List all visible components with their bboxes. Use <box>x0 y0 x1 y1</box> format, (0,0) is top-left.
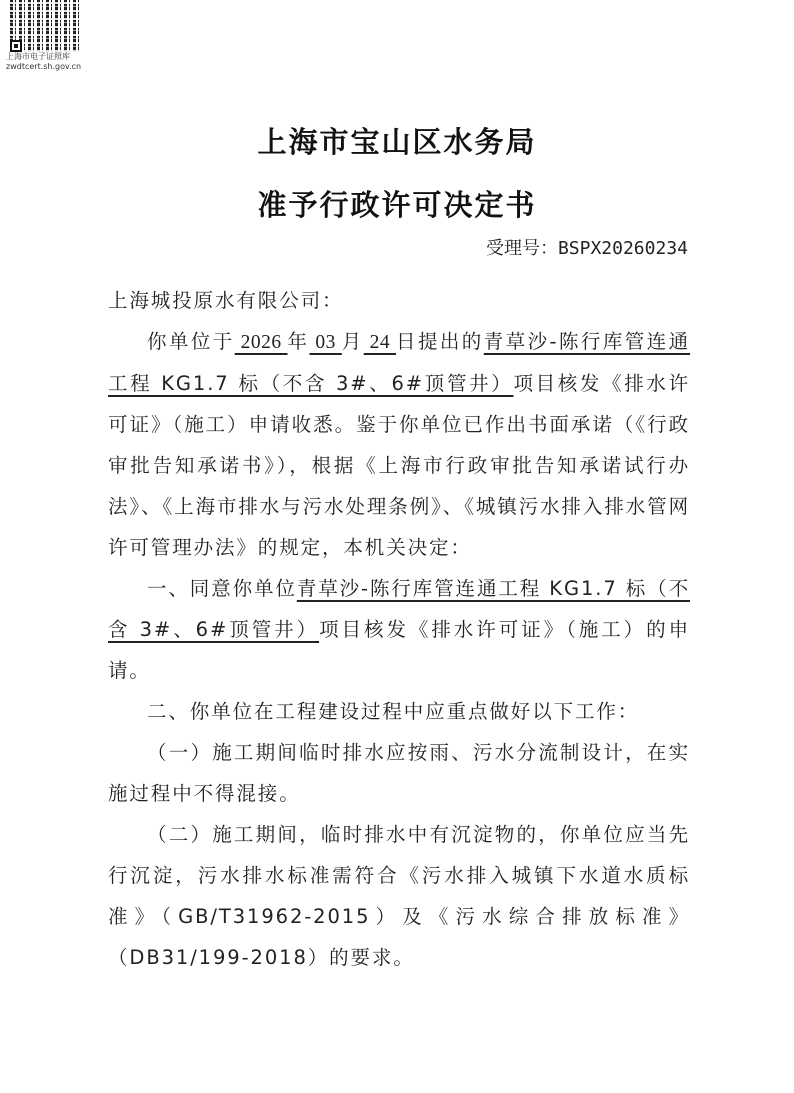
qr-caption-url: zwdtcert.sh.gov.cn <box>6 62 86 72</box>
decision-item-1: 一、同意你单位青草沙-陈行库管连通工程 KG1.7 标（不含 3#、6#顶管井）… <box>108 568 690 691</box>
reference-value: BSPX20260234 <box>558 238 688 259</box>
application-year: 2026 <box>235 332 288 353</box>
document-body: 上海城投原水有限公司： 你单位于 2026 年 03 月 24 日提出的青草沙-… <box>108 280 690 978</box>
reference-number: 受理号：BSPX20260234 <box>486 234 688 260</box>
addressee: 上海城投原水有限公司： <box>108 280 690 321</box>
year-unit: 年 <box>288 330 310 353</box>
qr-badge: 上海市电子证照库 zwdtcert.sh.gov.cn <box>6 0 86 72</box>
qr-code-icon <box>10 0 80 52</box>
requirement-1: （一）施工期间临时排水应按雨、污水分流制设计，在实施过程中不得混接。 <box>108 732 690 814</box>
month-unit: 月 <box>342 330 364 353</box>
qr-caption-title: 上海市电子证照库 <box>6 52 86 62</box>
application-day: 24 <box>364 332 396 353</box>
para1-rest: 项目核发《排水许可证》（施工）申请收悉。鉴于你单位已作出书面承诺（《行政审批告知… <box>108 372 690 559</box>
document-title: 准予行政许可决定书 <box>0 183 794 224</box>
agency-title: 上海市宝山区水务局 <box>0 120 794 161</box>
decision-item-2: 二、你单位在工程建设过程中应重点做好以下工作： <box>108 691 690 732</box>
para1-prefix: 你单位于 <box>147 330 235 353</box>
application-month: 03 <box>309 332 341 353</box>
day-unit: 日提出的 <box>396 330 484 353</box>
paragraph-application: 你单位于 2026 年 03 月 24 日提出的青草沙-陈行库管连通工程 KG1… <box>108 321 690 568</box>
requirement-2: （二）施工期间，临时排水中有沉淀物的，你单位应当先行沉淀，污水排水标准需符合《污… <box>108 814 690 978</box>
reference-label: 受理号： <box>486 238 558 259</box>
item1-prefix: 一、同意你单位 <box>147 577 297 600</box>
